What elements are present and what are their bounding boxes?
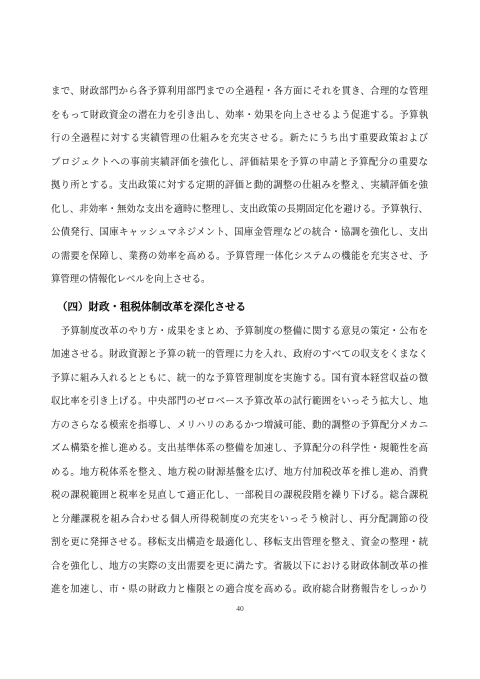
text-line: と分離課税を組み合わせる個人所得税制度の充実をいっそう検討し、再分配調節の役 [51,509,428,533]
text-line: める。地方税体系を整え、地方税の財源基盤を広げ、地方付加税改革を推し進め、消費 [51,462,428,486]
text-line: 行の全過程に対する実績管理の仕組みを充実させる。新たにうち出す重要政策および [51,128,428,152]
continuation-paragraph: まで、財政部門から各予算利用部門までの全過程・各方面にそれを貫き、合理的な管理を… [51,81,428,293]
text-line: 化し、非効率・無効な支出を適時に整理し、支出政策の長期固定化を避ける。予算執行、 [51,199,428,223]
text-line: まで、財政部門から各予算利用部門までの全過程・各方面にそれを貫き、合理的な管理 [51,81,428,105]
page-number: 40 [0,604,480,614]
text-line: 進を加速し、市・県の財政力と権限との適合度を高める。政府総合財務報告をしっかり [51,579,428,603]
text-line: 合を強化し、地方の実際の支出需要を更に満たす。省級以下における財政体制改革の推 [51,556,428,580]
section-paragraph: 予算制度改革のやり方・成果をまとめ、予算制度の整備に関する意見の策定・公布を加速… [51,321,428,603]
section-heading: （四）財政・租税体制改革を深化させる [51,295,428,321]
page-content: まで、財政部門から各予算利用部門までの全過程・各方面にそれを貫き、合理的な管理を… [51,81,428,603]
text-line: 収比率を引き上げる。中央部門のゼロベース予算改革の試行範囲をいっそう拡大し、地 [51,391,428,415]
text-line: 予算に組み入れるとともに、統一的な予算管理制度を実施する。国有資本経営収益の徴 [51,368,428,392]
text-line: 方のさらなる模索を指導し、メリハリのあるかつ増減可能、動的調整の予算配分メカニ [51,415,428,439]
text-line: ズム構築を推し進める。支出基準体系の整備を加速し、予算配分の科学性・規範性を高 [51,438,428,462]
text-line: プロジェクトへの事前実績評価を強化し、評価結果を予算の申請と予算配分の重要な [51,152,428,176]
text-line: 拠り所とする。支出政策に対する定期的評価と動的調整の仕組みを整え、実績評価を強 [51,175,428,199]
text-line: 予算制度改革のやり方・成果をまとめ、予算制度の整備に関する意見の策定・公布を [51,321,428,345]
document-page: まで、財政部門から各予算利用部門までの全過程・各方面にそれを貫き、合理的な管理を… [0,0,480,679]
text-line: をもって財政資金の潜在力を引き出し、効率・効果を向上させるよう促進する。予算執 [51,105,428,129]
text-line: 算管理の情報化レベルを向上させる。 [51,269,428,293]
text-line: 割を更に発揮させる。移転支出構造を最適化し、移転支出管理を整え、資金の整理・統 [51,532,428,556]
text-line: 税の課税範囲と税率を見直して適正化し、一部税目の課税段階を繰り下げる。総合課税 [51,485,428,509]
text-line: 加速させる。財政資源と予算の統一的管理に力を入れ、政府のすべての収支をくまなく [51,344,428,368]
text-line: の需要を保障し、業務の効率を高める。予算管理一体化システムの機能を充実させ、予 [51,246,428,270]
text-line: 公債発行、国庫キャッシュマネジメント、国庫金管理などの統合・協調を強化し、支出 [51,222,428,246]
